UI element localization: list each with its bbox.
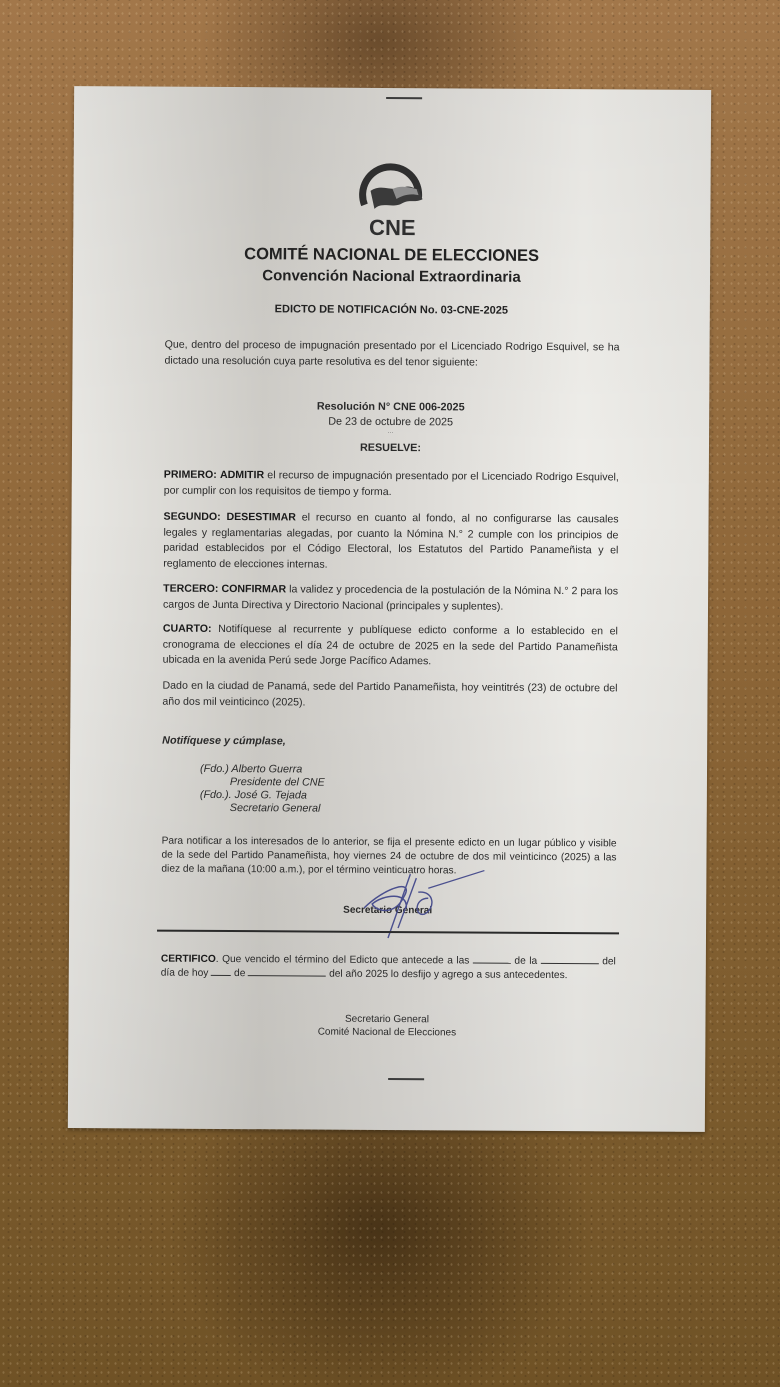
staple-top — [386, 97, 422, 99]
blank-day — [211, 975, 231, 976]
blank-month — [248, 975, 326, 976]
given-paragraph: Dado en la ciudad de Panamá, sede del Pa… — [162, 679, 617, 713]
staple-bottom — [388, 1078, 424, 1080]
closing-phrase: Notifíquese y cúmplase, — [162, 735, 286, 749]
committee-title: COMITÉ NACIONAL DE ELECCIONES — [73, 244, 710, 267]
svg-text:CNE: CNE — [369, 215, 416, 238]
signatory-1-role: Presidente del CNE — [230, 776, 325, 790]
signatory-2-role: Secretario General — [230, 802, 321, 816]
resolve-heading: RESUELVE: — [72, 440, 709, 456]
convention-subtitle: Convención Nacional Extraordinaria — [73, 266, 710, 287]
blank-hour — [473, 963, 511, 964]
clause-segundo: SEGUNDO: DESESTIMAR el recurso en cuanto… — [163, 510, 618, 575]
handwritten-signature-icon — [344, 868, 495, 959]
blank-period — [541, 963, 599, 964]
edict-heading: EDICTO DE NOTIFICACIÓN No. 03-CNE-2025 — [73, 302, 710, 318]
signatory-2-name: (Fdo.). José G. Tejada — [200, 789, 307, 803]
footer-org: Comité Nacional de Elecciones — [68, 1025, 705, 1040]
clause-cuarto: CUARTO: Notifíquese al recurrente y publ… — [163, 622, 618, 671]
clause-tercero: TERCERO: CONFIRMAR la validez y proceden… — [163, 582, 618, 616]
clause-primero: PRIMERO: ADMITIR el recurso de impugnaci… — [164, 468, 619, 502]
edict-document: CNE COMITÉ NACIONAL DE ELECCIONES Conven… — [68, 86, 711, 1132]
intro-paragraph: Que, dentro del proceso de impugnación p… — [164, 338, 619, 372]
signatory-1-name: (Fdo.) Alberto Guerra — [200, 763, 302, 777]
flag-logo-icon: CNE — [352, 163, 432, 238]
resolution-number: Resolución N° CNE 006-2025 — [72, 399, 709, 415]
certify-paragraph: CERTIFICO. Que vencido el término del Ed… — [161, 953, 616, 984]
